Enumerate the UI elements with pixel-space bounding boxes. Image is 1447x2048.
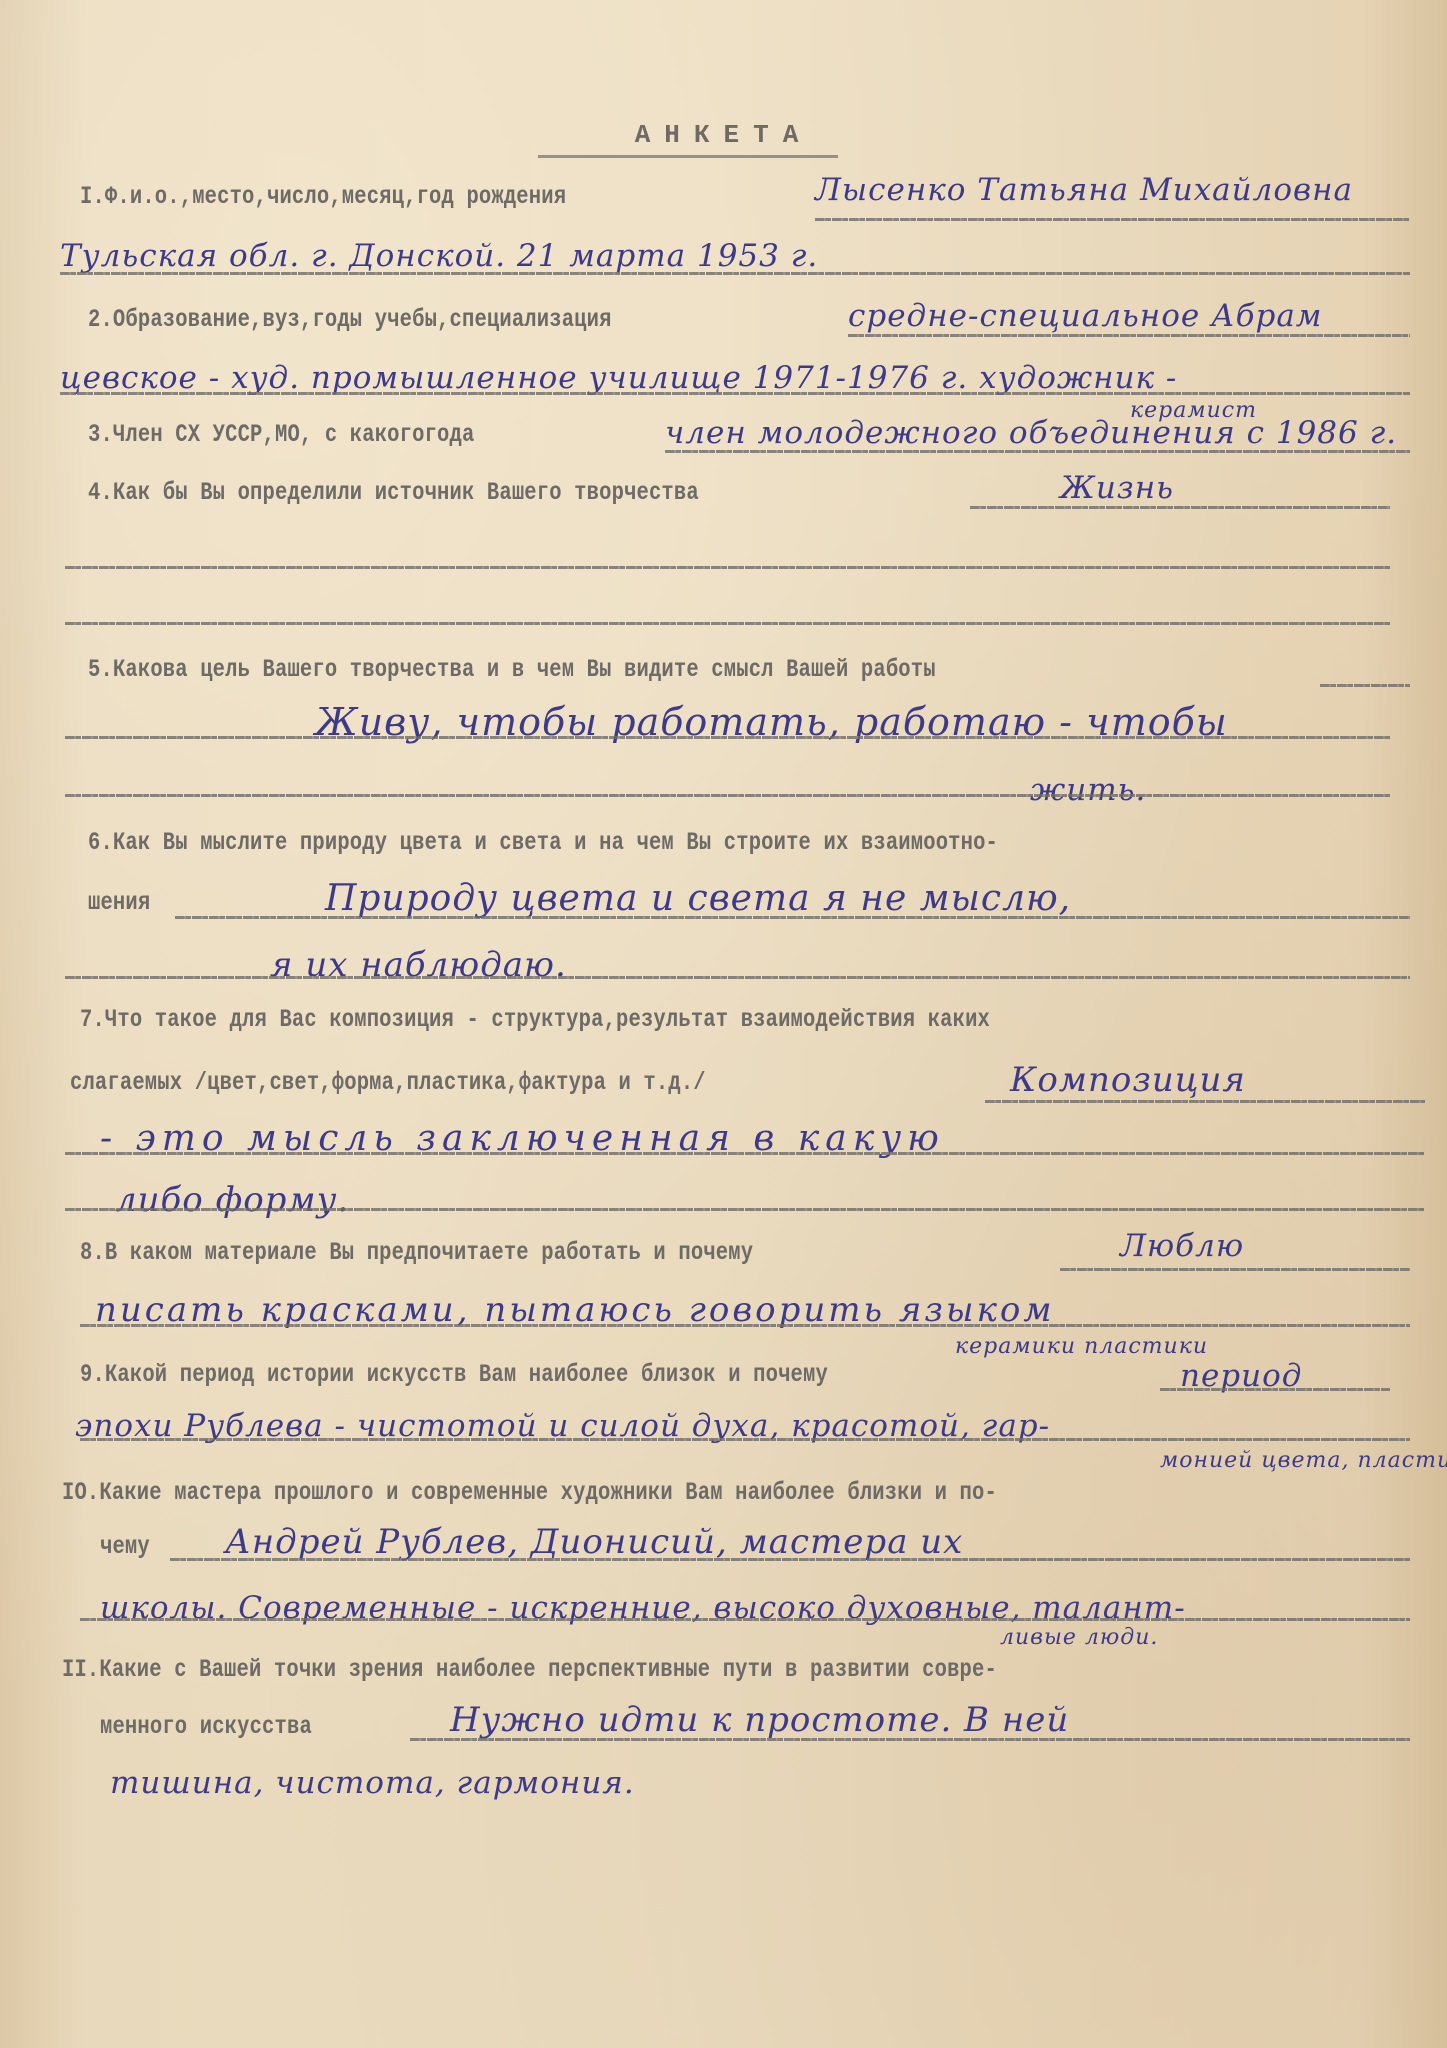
answer-rule [1320,684,1410,687]
question-8-text: 8.В каком материале Вы предпочитаете раб… [80,1238,753,1267]
answer-2-line-1: средне-специальное Абрам [848,298,1323,334]
title-underline [538,155,838,158]
answer-7-line-1: Композиция [1010,1060,1246,1100]
answer-rule [175,916,1410,919]
document-title: АНКЕТА [0,120,1447,150]
answer-rule [65,1152,1425,1155]
answer-rule [1160,1388,1390,1391]
answer-11-line-1: Нужно идти к простоте. В ней [450,1700,1069,1740]
answer-1-line-1: Лысенко Татьяна Михайловна [815,172,1353,208]
questionnaire-page: АНКЕТА I.Ф.и.о.,место,число,месяц,год ро… [0,0,1447,2048]
answer-8-line-1: Люблю [1120,1228,1244,1264]
answer-rule [80,1618,1410,1621]
question-3-text: 3.Член СХ УССР,МО, с какогогода [88,420,474,449]
answer-5-line-2: жить. [1030,772,1146,808]
question-9-text: 9.Какой период истории искусств Вам наиб… [80,1360,828,1389]
answer-6-line-2: я их наблюдаю. [270,945,567,985]
answer-6-line-1: Природу цвета и света я не мыслю, [325,878,1071,919]
answer-rule [65,622,1390,625]
question-7-text-line-1: 7.Что такое для Вас композиция - структу… [80,1005,990,1034]
question-2-text: 2.Образование,вуз,годы учебы,специализац… [88,305,612,334]
answer-rule [65,1208,1425,1211]
answer-rule [848,334,1410,337]
answer-11-line-2: тишина, чистота, гармония. [110,1765,635,1801]
answer-rule [65,736,1390,739]
question-6-text-line-2: шения [88,888,150,917]
question-4-text: 4.Как бы Вы определили источник Вашего т… [88,478,699,507]
question-10-text-line-1: IO.Какие мастера прошлого и современные … [62,1478,997,1507]
answer-4-line-1: Жизнь [1060,470,1174,506]
answer-rule [80,1324,1410,1327]
answer-8-line-3: керамики пластики [955,1334,1208,1359]
question-5-text: 5.Какова цель Вашего творчества и в чем … [88,655,936,684]
answer-7-line-3: либо форму. [115,1180,349,1220]
answer-1-line-2: Тульская обл. г. Донской. 21 марта 1953 … [60,238,818,274]
answer-rule [410,1738,1410,1741]
answer-rule [815,218,1410,221]
answer-rule [60,272,1410,275]
answer-10-line-1: Андрей Рублев, Дионисий, мастера их [225,1522,963,1562]
answer-3-line-1: член молодежного объединения с 1986 г. [665,415,1397,451]
answer-2-line-2: цевское - худ. промышленное училище 1971… [60,360,1177,396]
answer-rule [1060,1268,1410,1271]
answer-rule [65,976,1410,979]
question-1-text: I.Ф.и.о.,место,число,месяц,год рождения [80,182,566,211]
answer-rule [60,392,1410,395]
question-6-text-line-1: 6.Как Вы мыслите природу цвета и света и… [88,828,998,857]
answer-rule [80,1438,1410,1441]
answer-rule [170,1558,1410,1561]
answer-rule [970,506,1390,509]
answer-rule [985,1100,1425,1103]
question-7-text-line-2: слагаемых /цвет,свет,форма,пластика,факт… [70,1068,706,1097]
question-10-text-line-2: чему [100,1532,150,1561]
question-11-text-line-2: менного искусства [100,1712,312,1741]
answer-rule [65,794,1390,797]
answer-rule [665,450,1410,453]
question-11-text-line-1: II.Какие с Вашей точки зрения наиболее п… [62,1655,997,1684]
answer-rule [65,566,1390,569]
answer-9-line-3: монией цвета, пластики [1160,1448,1447,1473]
answer-10-line-3: ливые люди. [1000,1625,1158,1650]
